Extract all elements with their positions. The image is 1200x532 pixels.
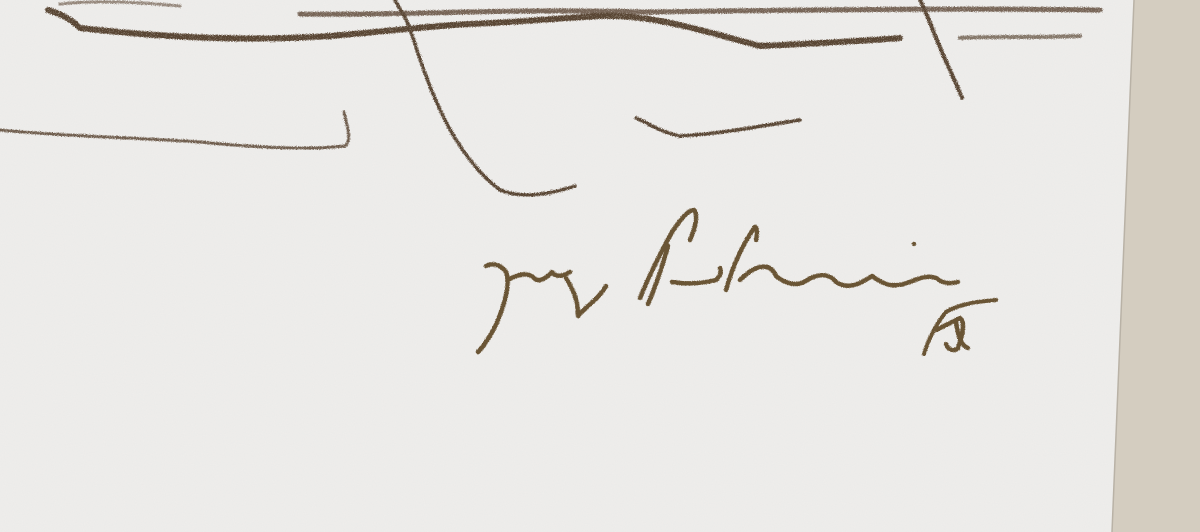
artwork-photo (0, 0, 1200, 532)
